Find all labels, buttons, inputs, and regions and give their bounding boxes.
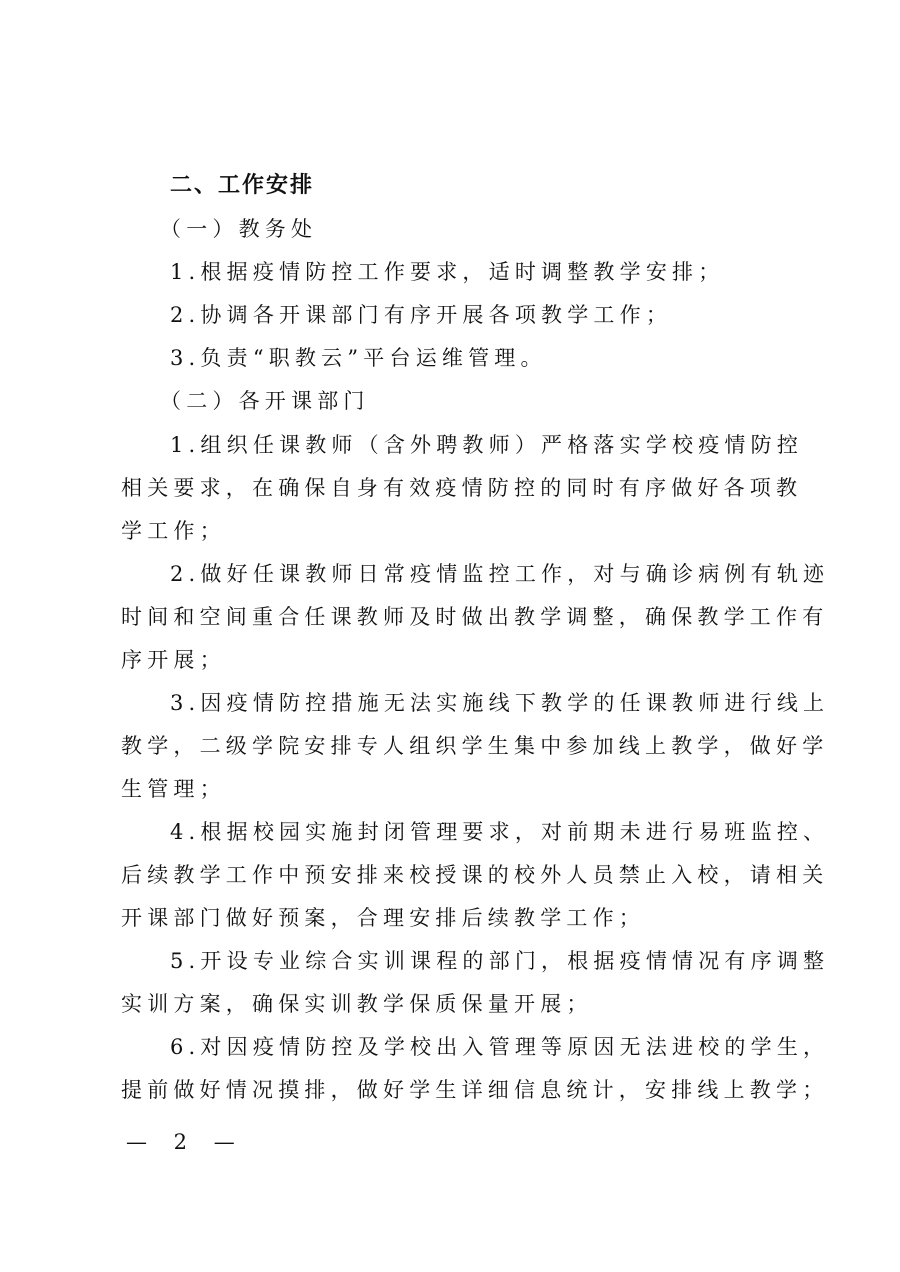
- paragraph-line: 2.做好任课教师日常疫情监控工作，对与确诊病例有轨迹: [170, 560, 829, 588]
- subsection-title-1: （一）教务处: [160, 215, 317, 243]
- paragraph-line: 时间和空间重合任课教师及时做出教学调整，确保教学工作有: [121, 603, 828, 631]
- section-heading: 二、工作安排: [170, 172, 314, 200]
- document-page: 二、工作安排 （一）教务处 1.根据疫情防控工作要求，适时调整教学安排； 2.协…: [0, 0, 900, 1272]
- paragraph-line: 5.开设专业综合实训课程的部门，根据疫情情况有序调整: [170, 947, 829, 975]
- paragraph-line: 开课部门做好预案，合理安排后续教学工作；: [121, 904, 645, 932]
- list-item: 1.根据疫情防控工作要求，适时调整教学安排；: [170, 258, 724, 286]
- paragraph-line: 后续教学工作中预安排来校授课的校外人员禁止入校，请相关: [121, 861, 828, 889]
- paragraph-line: 1.组织任课教师（含外聘教师）严格落实学校疫情防控: [170, 431, 803, 459]
- list-item: 2.协调各开课部门有序开展各项教学工作；: [170, 301, 672, 329]
- paragraph-line: 6.对因疫情防控及学校出入管理等原因无法进校的学生，: [170, 1033, 829, 1061]
- paragraph-line: 3.因疫情防控措施无法实施线下教学的任课教师进行线上: [170, 689, 829, 717]
- page-number: — 2 —: [126, 1130, 245, 1154]
- paragraph-line: 相关要求，在确保自身有效疫情防控的同时有序做好各项教: [121, 474, 802, 502]
- list-item: 3.负责“职教云”平台运维管理。: [170, 344, 547, 372]
- subsection-title-2: （二）各开课部门: [160, 387, 370, 415]
- paragraph-line: 4.根据校园实施封闭管理要求，对前期未进行易班监控、: [170, 818, 829, 846]
- paragraph-line: 提前做好情况摸排，做好学生详细信息统计，安排线上教学；: [121, 1076, 828, 1104]
- paragraph-line: 生管理；: [121, 775, 226, 803]
- paragraph-line: 序开展；: [121, 646, 226, 674]
- paragraph-line: 实训方案，确保实训教学保质保量开展；: [121, 990, 593, 1018]
- paragraph-line: 学工作；: [121, 517, 226, 545]
- paragraph-line: 教学，二级学院安排专人组织学生集中参加线上教学，做好学: [121, 732, 828, 760]
